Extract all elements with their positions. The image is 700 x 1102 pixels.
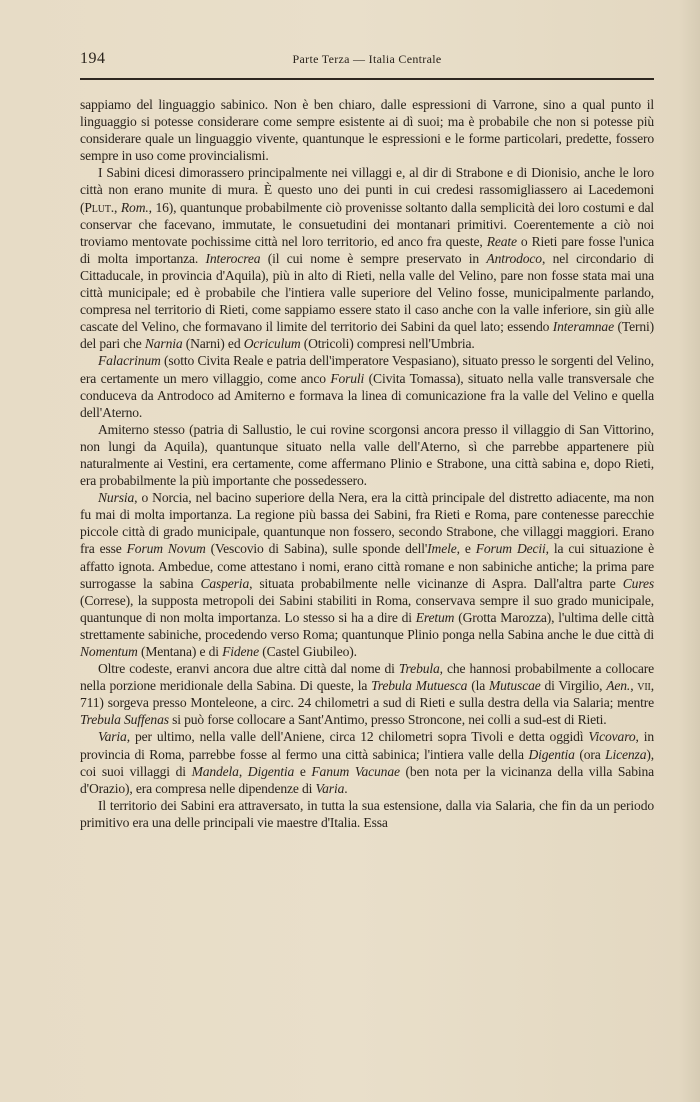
body-text: sappiamo del linguaggio sabinico. Non è …: [80, 96, 654, 831]
running-head: 194 Parte Terza — Italia Centrale: [80, 50, 654, 72]
paragraph: Amiterno stesso (patria di Sallustio, le…: [80, 421, 654, 489]
running-title: Parte Terza — Italia Centrale: [80, 52, 654, 67]
paragraph: Varia, per ultimo, nella valle dell'Anie…: [80, 728, 654, 796]
paragraph: I Sabini dicesi dimorassero principalmen…: [80, 164, 654, 352]
paragraph: Nursia, o Norcia, nel bacino superiore d…: [80, 489, 654, 660]
paragraph: Falacrinum (sotto Civita Reale e patria …: [80, 352, 654, 420]
paragraph: Oltre codeste, eranvi ancora due altre c…: [80, 660, 654, 728]
paragraph: sappiamo del linguaggio sabinico. Non è …: [80, 96, 654, 164]
header-rule: [80, 78, 654, 80]
paragraph: Il territorio dei Sabini era attraversat…: [80, 797, 654, 831]
book-page: 194 Parte Terza — Italia Centrale sappia…: [80, 50, 654, 831]
